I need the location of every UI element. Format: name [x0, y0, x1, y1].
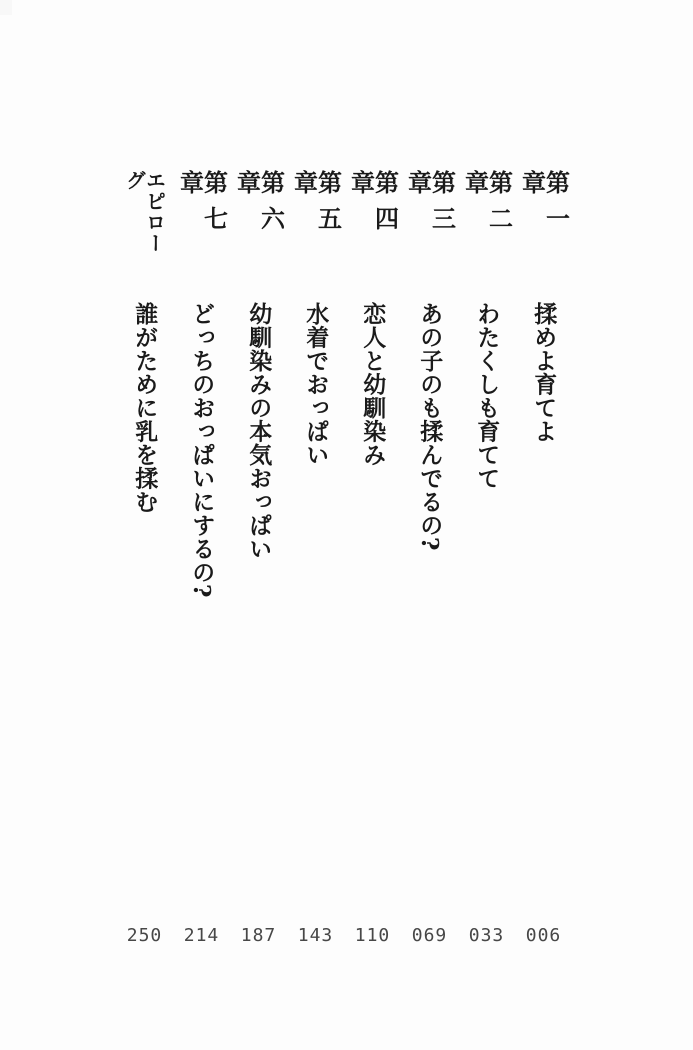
- scan-artifact: [0, 0, 12, 15]
- chapter-label: 第七章: [178, 170, 226, 267]
- page-number: 006: [515, 927, 572, 945]
- book-toc-page: 第一章 揉めよ育てよ 第二章 わたくしも育てて 第三章 あの子のも揉んでるの? …: [0, 0, 693, 1050]
- toc-entry: 第五章 水着でおっぱい: [287, 170, 344, 598]
- chapter-title: どっちのおっぱいにするの?: [190, 302, 213, 598]
- chapter-label: 第一章: [520, 170, 568, 267]
- toc-entry: 第七章 どっちのおっぱいにするの?: [173, 170, 230, 598]
- page-number: 069: [401, 927, 458, 945]
- page-number-row: 006 033 069 110 143 187 214 250: [116, 927, 572, 945]
- page-number: 143: [287, 927, 344, 945]
- chapter-title: わたくしも育てて: [475, 302, 498, 490]
- toc-entry: 第一章 揉めよ育てよ: [515, 170, 572, 598]
- page-number: 250: [116, 927, 173, 945]
- chapter-title: 幼馴染みの本気おっぱい: [247, 302, 270, 561]
- chapter-label: 第三章: [406, 170, 454, 267]
- chapter-title: 恋人と幼馴染み: [361, 302, 384, 467]
- page-number: 187: [230, 927, 287, 945]
- toc-entry: 第四章 恋人と幼馴染み: [344, 170, 401, 598]
- toc-entry: 第三章 あの子のも揉んでるの?: [401, 170, 458, 598]
- chapter-title: 揉めよ育てよ: [532, 302, 555, 443]
- page-number: 110: [344, 927, 401, 945]
- table-of-contents: 第一章 揉めよ育てよ 第二章 わたくしも育てて 第三章 あの子のも揉んでるの? …: [116, 170, 572, 598]
- chapter-title: 水着でおっぱい: [304, 302, 327, 467]
- toc-entry: エピローグ 誰がために乳を揉む: [116, 170, 173, 598]
- toc-entry: 第六章 幼馴染みの本気おっぱい: [230, 170, 287, 598]
- page-number: 214: [173, 927, 230, 945]
- chapter-label: 第四章: [349, 170, 397, 267]
- chapter-title: あの子のも揉んでるの?: [418, 302, 441, 551]
- page-number: 033: [458, 927, 515, 945]
- chapter-title: 誰がために乳を揉む: [133, 302, 156, 514]
- chapter-label: 第五章: [292, 170, 340, 267]
- epilogue-label: エピローグ: [125, 170, 165, 267]
- chapter-label: 第六章: [235, 170, 283, 267]
- chapter-label: 第二章: [463, 170, 511, 267]
- toc-entry: 第二章 わたくしも育てて: [458, 170, 515, 598]
